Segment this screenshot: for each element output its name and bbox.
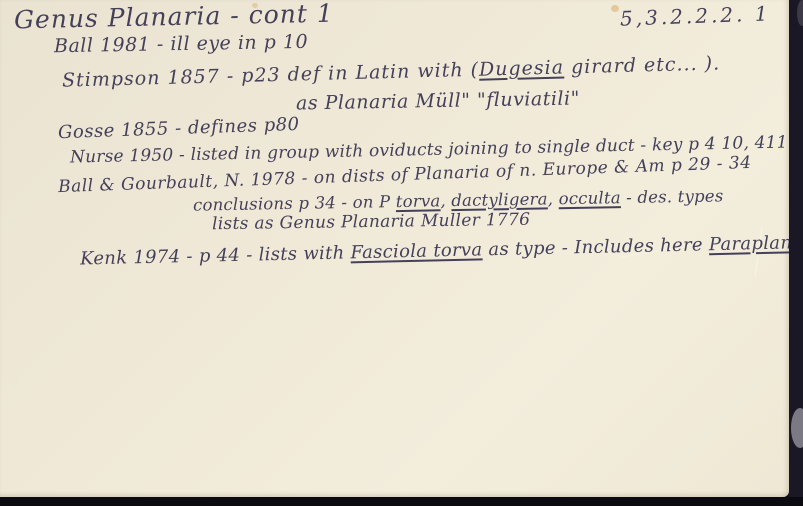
catalog-number: 5,3.2.2.2. 1 (620, 1, 771, 30)
index-card: Genus Planaria - cont 1 5,3.2.2.2. 1 Bal… (0, 0, 789, 497)
entry-lists-as: lists as Genus Planaria Muller 1776 (212, 210, 531, 234)
entry-gosse-1855: Gosse 1855 - defines p80 (58, 114, 300, 143)
underlined-torva: torva (396, 191, 441, 211)
underlined-fasciola-torva: Fasciola torva (350, 239, 482, 263)
entry-synonymy: as Planaria Müll" "fluviatili" (296, 88, 580, 115)
card-title: Genus Planaria - cont 1 (14, 0, 334, 34)
entry-ball-1981: Ball 1981 - ill eye in p 10 (54, 31, 308, 57)
underlined-dactyligera: dactyligera (451, 189, 548, 210)
scanner-background-right (789, 0, 803, 506)
underlined-genus-dugesia: Dugesia (479, 56, 565, 80)
entry-text: , (440, 191, 451, 210)
entry-text: - des. types (621, 186, 724, 207)
underlined-occulta: occulta (558, 188, 621, 208)
entry-text: Kenk 1974 - p 44 - lists with (80, 242, 351, 269)
scanner-artifact (791, 408, 803, 448)
scanner-artifact (797, 0, 803, 26)
entry-text: as type - Includes here (482, 234, 709, 260)
entry-text: Stimpson 1857 - p23 def in Latin with ( (62, 59, 479, 92)
entry-text: girard etc... ). (564, 52, 721, 78)
scanner-background-bottom (0, 497, 803, 506)
stain-mark (611, 5, 619, 12)
scanned-index-card: Genus Planaria - cont 1 5,3.2.2.2. 1 Bal… (0, 0, 803, 506)
entry-text: , (548, 189, 559, 208)
entry-stimpson-1857: Stimpson 1857 - p23 def in Latin with (D… (62, 52, 721, 91)
entry-kenk-1974: Kenk 1974 - p 44 - lists with Fasciola t… (80, 232, 803, 270)
